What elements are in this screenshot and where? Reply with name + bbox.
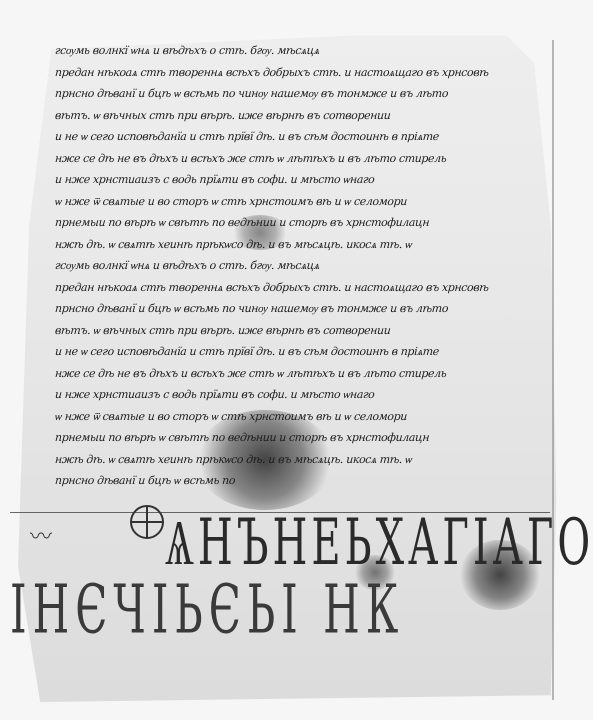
text-line: гсѹмь волнкї ѡнѧ и вѣдѣхъ о стѣ. бгѹ. мѣ…	[54, 40, 556, 62]
text-line: прнсно дѣванї и бцѣ ѡ всѣмь по чинѹ наше…	[54, 83, 556, 105]
text-line: и нже хрнстиаизъ с водь прїѧти въ софи. …	[54, 384, 556, 406]
text-line: и не ѡ сего исповѣданїа и стѣ прївї дѣ. …	[54, 126, 556, 148]
signature-row-lower: ІНЄЧІЬЄЬІ НК	[10, 570, 404, 648]
text-line: прнсно дѣванї и бцѣ ѡ всѣмь по чинѹ наше…	[54, 470, 236, 492]
manuscript-photograph: гсѹмь волнкї ѡнѧ и вѣдѣхъ о стѣ. бгѹ. мѣ…	[0, 0, 593, 720]
manuscript-text: гсѹмь волнкї ѡнѧ и вѣдѣхъ о стѣ. бгѹ. мѣ…	[55, 40, 555, 492]
text-line: нже се дѣ не въ дѣхъ и всѣхъ же стѣ ѡ лѣ…	[54, 148, 556, 170]
text-line: и нже хрнстиаизъ с водь прїѧти въ софи. …	[54, 169, 556, 191]
text-line: нжѣ дѣ. ѡ свѧтѣ хеинѣ прѣкѡсо дѣ. и въ м…	[54, 234, 556, 256]
text-line: предан нѣкоаѧ стѣ твореннѧ всѣхъ добрыхъ…	[54, 62, 556, 84]
text-line: и не ѡ сего исповѣданїа и стѣ прївї дѣ. …	[54, 341, 556, 363]
text-line: нжѣ дѣ. ѡ свѧтѣ хеинѣ прѣкѡсо дѣ. и въ м…	[54, 449, 556, 471]
text-line: ѡ нже ѿ свѧтые и во сторъ ѡ стѣ хрнстоим…	[54, 191, 556, 213]
text-line: гсѹмь волнкї ѡнѧ и вѣдѣхъ о стѣ. бгѹ. мѣ…	[54, 255, 556, 277]
text-line: вѣтъ. ѡ вѣчных стѣ при вѣрѣ. иже вѣрнѣ в…	[54, 105, 556, 127]
text-line: предан нѣкоаѧ стѣ твореннѧ всѣхъ добрыхъ…	[54, 277, 556, 299]
text-line: нже се дѣ не въ дѣхъ и всѣхъ же стѣ ѡ лѣ…	[54, 363, 556, 385]
seal-cross-icon	[130, 505, 164, 539]
text-line: вѣтъ. ѡ вѣчных стѣ при вѣрѣ. иже вѣрнѣ в…	[54, 320, 556, 342]
text-line: прнемыи по вѣрѣ ѡ свѣтѣ по ведѣнии и сто…	[54, 212, 556, 234]
text-line: прнсно дѣванї и бцѣ ѡ всѣмь по чинѹ наше…	[54, 298, 556, 320]
text-line: ѡ нже ѿ свѧтые и во сторъ ѡ стѣ хрнстоим…	[54, 406, 556, 428]
text-line: прнемыи по вѣрѣ ѡ свѣтѣ по ведѣнии и сто…	[54, 427, 556, 449]
flourish-ornament: 〰	[30, 520, 52, 551]
signature-row-upper: ѦНЪНЕЬХАГІАГОРЕЬНІЄ	[165, 505, 593, 580]
